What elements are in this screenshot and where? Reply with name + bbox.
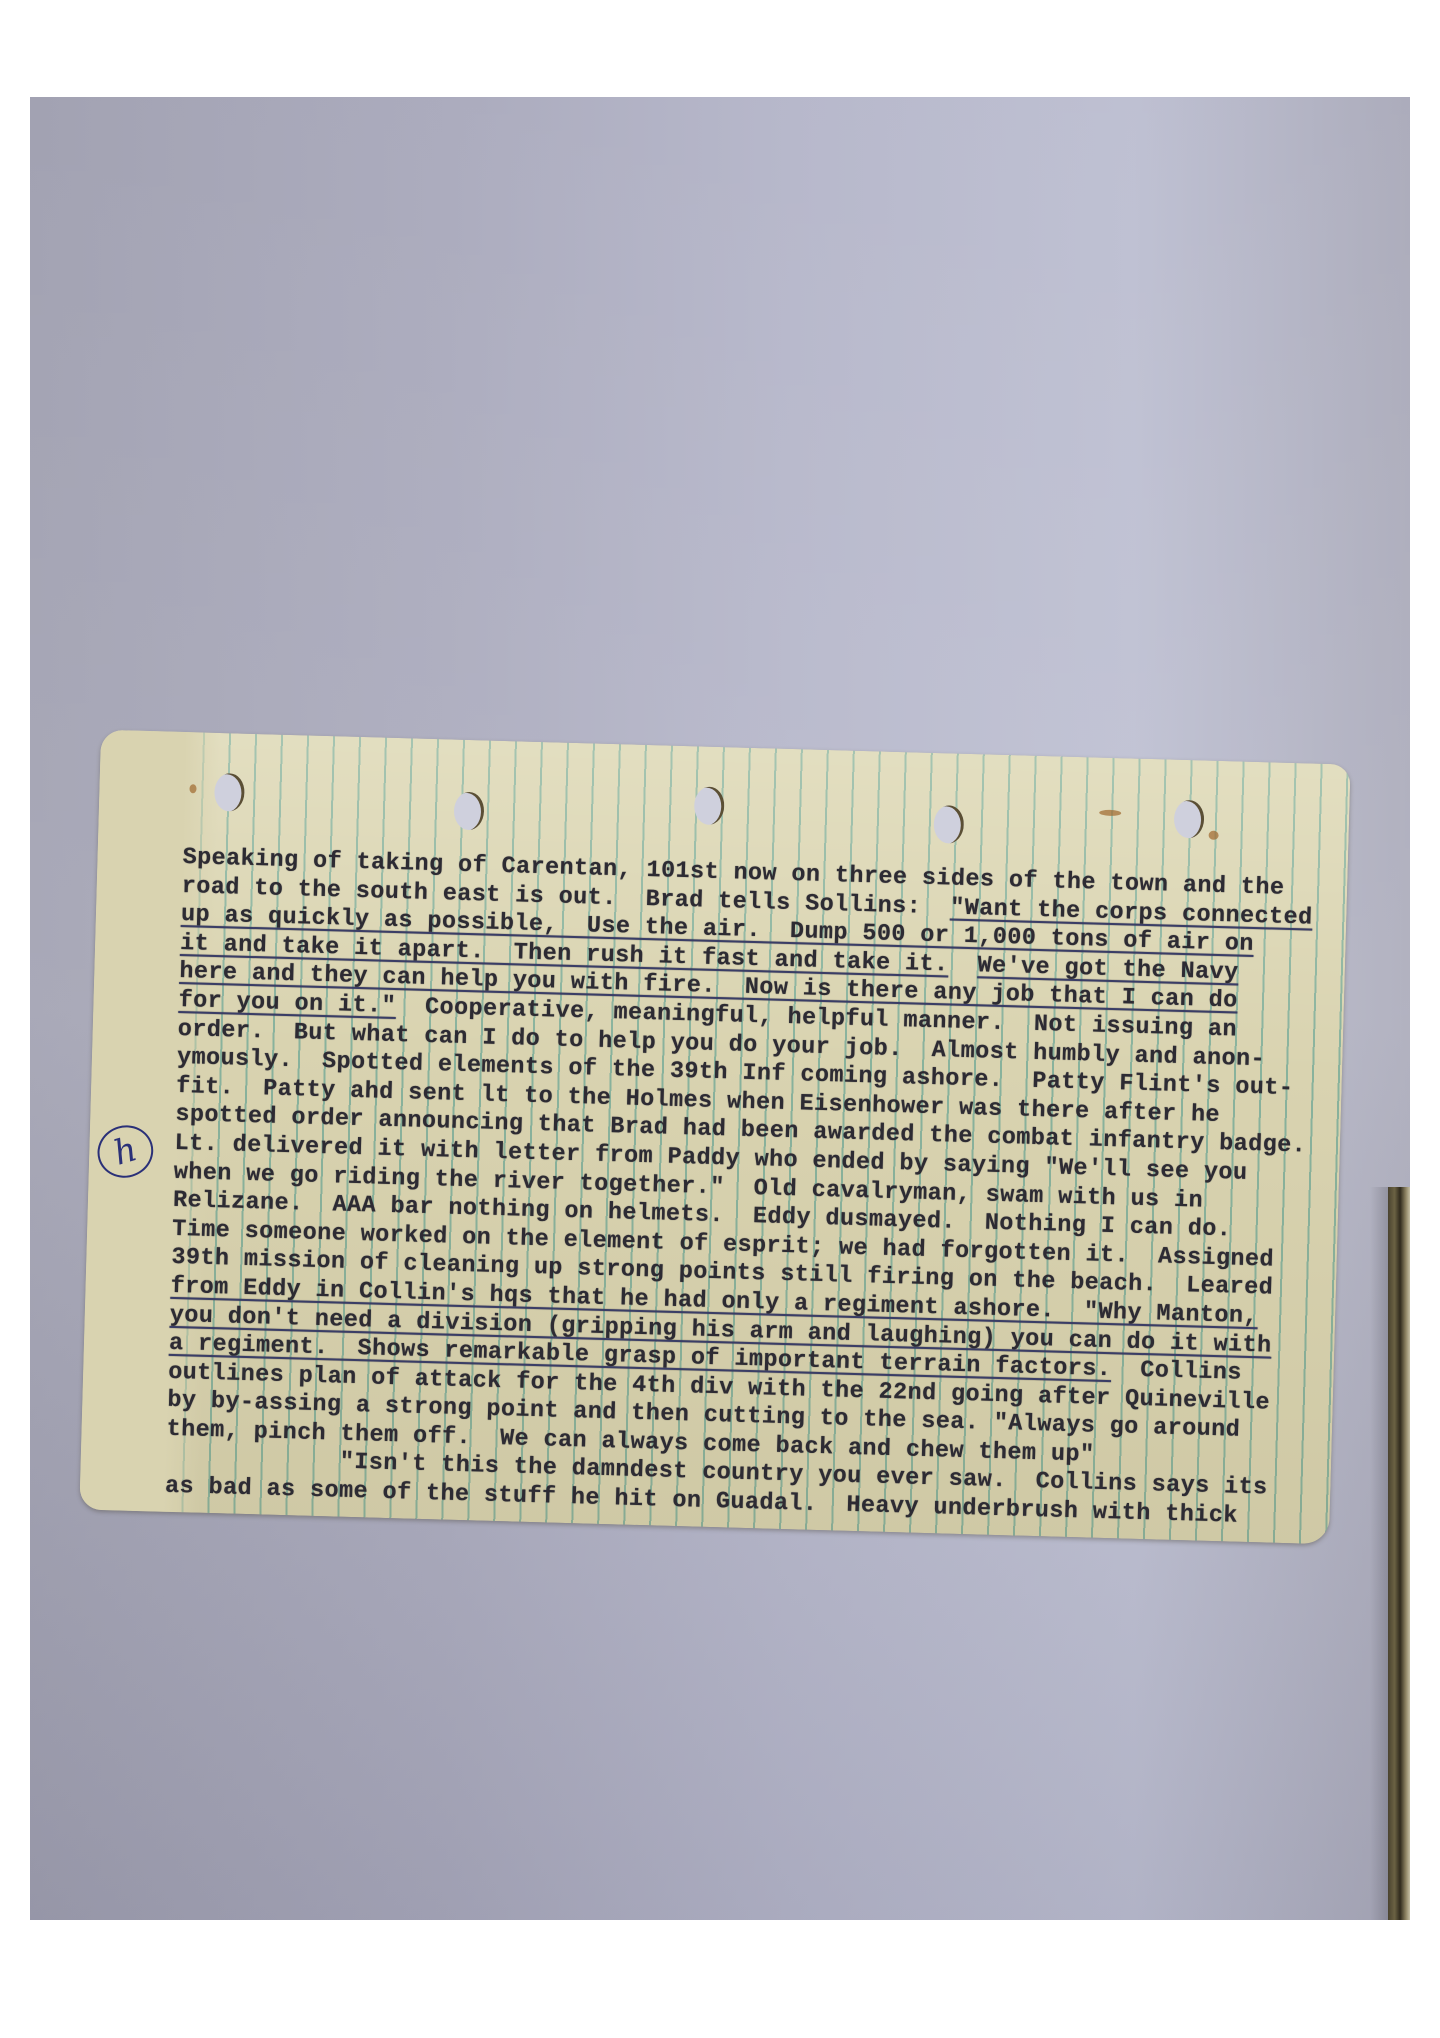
rust-stain	[1208, 831, 1218, 840]
punch-hole-icon	[1174, 800, 1205, 839]
card-stack-edge	[1388, 1187, 1410, 1920]
index-card: h Speaking of taking of Carentan, 101st …	[79, 730, 1350, 1545]
text-segment	[948, 951, 978, 979]
rust-stain	[1099, 810, 1121, 817]
text-segment: Collins	[1111, 1356, 1242, 1387]
photo-backdrop: h Speaking of taking of Carentan, 101st …	[30, 97, 1410, 1920]
typewritten-text: Speaking of taking of Carentan, 101st no…	[165, 844, 1313, 1533]
underlined-text: for you on it."	[178, 987, 396, 1020]
margin-annotation-text: h	[109, 1129, 141, 1174]
punch-hole-icon	[694, 786, 725, 825]
punch-hole-icon	[453, 792, 484, 831]
punch-hole-icon	[214, 773, 245, 812]
punch-hole-icon	[933, 805, 964, 844]
